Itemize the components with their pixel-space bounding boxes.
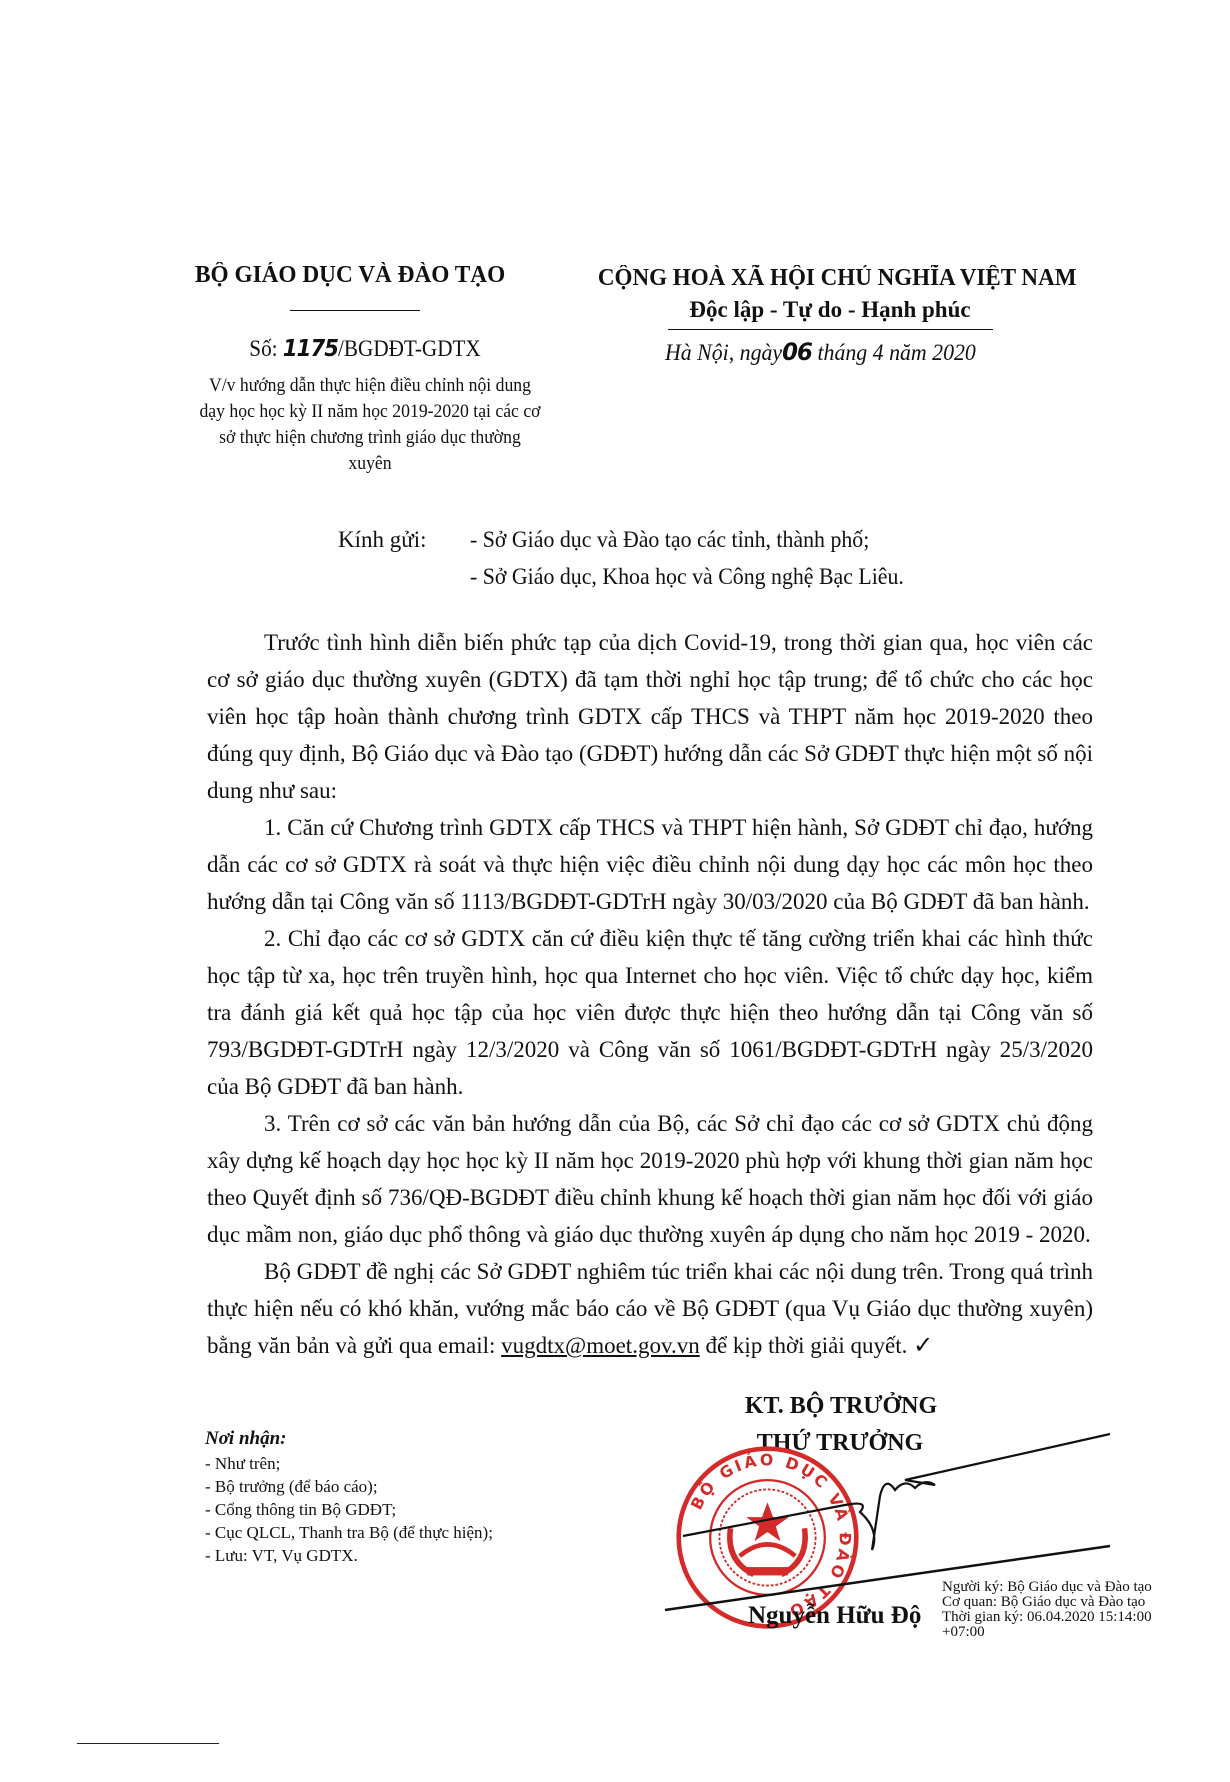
organization-underline bbox=[290, 310, 420, 311]
doc-number-prefix: Số: bbox=[249, 336, 283, 361]
signature-title-1: KT. BỘ TRƯỞNG bbox=[735, 1393, 947, 1420]
document-body: Trước tình hình diễn biến phức tạp của d… bbox=[207, 624, 1093, 1364]
addressee-label: Kính gửi: bbox=[338, 527, 427, 553]
place-and-date: Hà Nội, ngày06 tháng 4 năm 2020 bbox=[665, 338, 976, 366]
closing-text-end: để kịp thời giải quyết. bbox=[700, 1333, 908, 1358]
document-subject: V/v hướng dẫn thực hiện điều chỉnh nội d… bbox=[198, 373, 542, 477]
recipient-item: - Cổng thông tin Bộ GDĐT; bbox=[205, 1500, 396, 1520]
addressee-item: - Sở Giáo dục, Khoa học và Công nghệ Bạc… bbox=[470, 564, 904, 590]
document-number: Số: 1175/BGDĐT-GDTX bbox=[232, 336, 499, 362]
date-suffix: tháng 4 năm 2020 bbox=[812, 340, 976, 365]
initial-mark-icon: ✓ bbox=[913, 1331, 933, 1359]
body-intro: Trước tình hình diễn biến phức tạp của d… bbox=[207, 624, 1093, 809]
issuing-organization: BỘ GIÁO DỤC VÀ ĐÀO TẠO bbox=[195, 262, 496, 289]
recipient-item: - Bộ trưởng (để báo cáo); bbox=[205, 1477, 378, 1497]
motto-underline bbox=[668, 329, 993, 330]
addressee-item: - Sở Giáo dục và Đào tạo các tỉnh, thành… bbox=[470, 527, 869, 553]
body-item-3: 3. Trên cơ sở các văn bản hướng dẫn của … bbox=[207, 1105, 1093, 1253]
email-link[interactable]: vugdtx@moet.gov.vn bbox=[501, 1333, 700, 1358]
footer-rule bbox=[77, 1743, 219, 1744]
date-day-handwritten: 06 bbox=[782, 338, 812, 366]
digital-signer: Người ký: Bộ Giáo dục và Đào tạo bbox=[942, 1580, 1152, 1595]
national-title: CỘNG HOÀ XÃ HỘI CHỦ NGHĨA VIỆT NAM bbox=[598, 265, 1073, 292]
doc-number-suffix: /BGDĐT-GDTX bbox=[338, 336, 481, 361]
digital-timezone: +07:00 bbox=[942, 1625, 1152, 1640]
digital-time: Thời gian ký: 06.04.2020 15:14:00 bbox=[942, 1610, 1152, 1625]
digital-agency: Cơ quan: Bộ Giáo dục và Đào tạo bbox=[942, 1595, 1152, 1610]
national-motto: Độc lập - Tự do - Hạnh phúc bbox=[665, 297, 995, 323]
date-prefix: Hà Nội, ngày bbox=[665, 340, 782, 365]
signer-name: Nguyễn Hữu Độ bbox=[748, 1602, 921, 1630]
recipient-item: - Như trên; bbox=[205, 1454, 280, 1474]
body-closing: Bộ GDĐT đề nghị các Sở GDĐT nghiêm túc t… bbox=[207, 1253, 1093, 1364]
recipient-item: - Cục QLCL, Thanh tra Bộ (để thực hiện); bbox=[205, 1523, 493, 1543]
body-item-2: 2. Chỉ đạo các cơ sở GDTX căn cứ điều ki… bbox=[207, 920, 1093, 1105]
digital-signature-info: Người ký: Bộ Giáo dục và Đào tạo Cơ quan… bbox=[942, 1580, 1152, 1640]
recipients-title: Nơi nhận: bbox=[205, 1428, 286, 1450]
doc-number-handwritten: 1175 bbox=[283, 336, 338, 362]
body-item-1: 1. Căn cứ Chương trình GDTX cấp THCS và … bbox=[207, 809, 1093, 920]
recipient-item: - Lưu: VT, Vụ GDTX. bbox=[205, 1546, 358, 1566]
